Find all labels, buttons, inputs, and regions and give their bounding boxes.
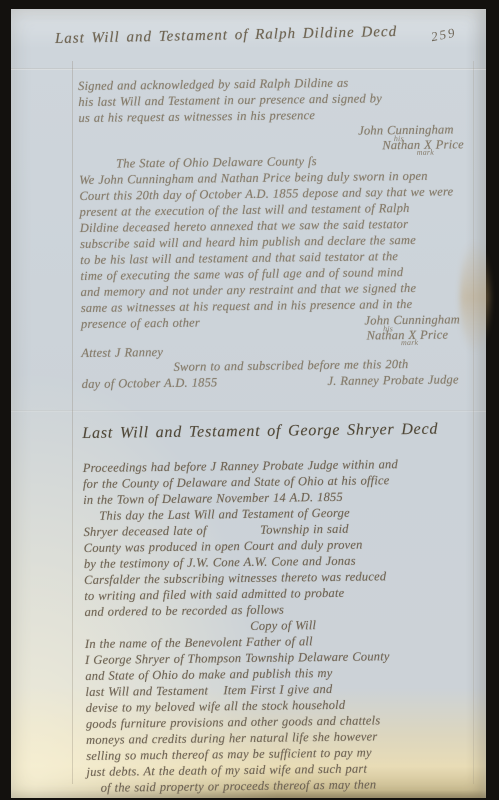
manuscript-page: Last Will and Testament of Ralph Dildine… [11,9,486,798]
document-body: Signed and acknowledged by said Ralph Di… [78,73,484,796]
record-title: Last Will and Testament of Ralph Dildine… [55,24,397,48]
crease-line [11,68,486,70]
margin-rule-left [72,61,73,784]
section-heading-shryer: Last Will and Testament of George Shryer… [82,417,479,446]
manuscript-line: of the said property or proceeds thereof… [87,775,484,796]
page-header: Last Will and Testament of Ralph Dildine… [11,22,486,52]
page-number: 259 [429,25,457,46]
